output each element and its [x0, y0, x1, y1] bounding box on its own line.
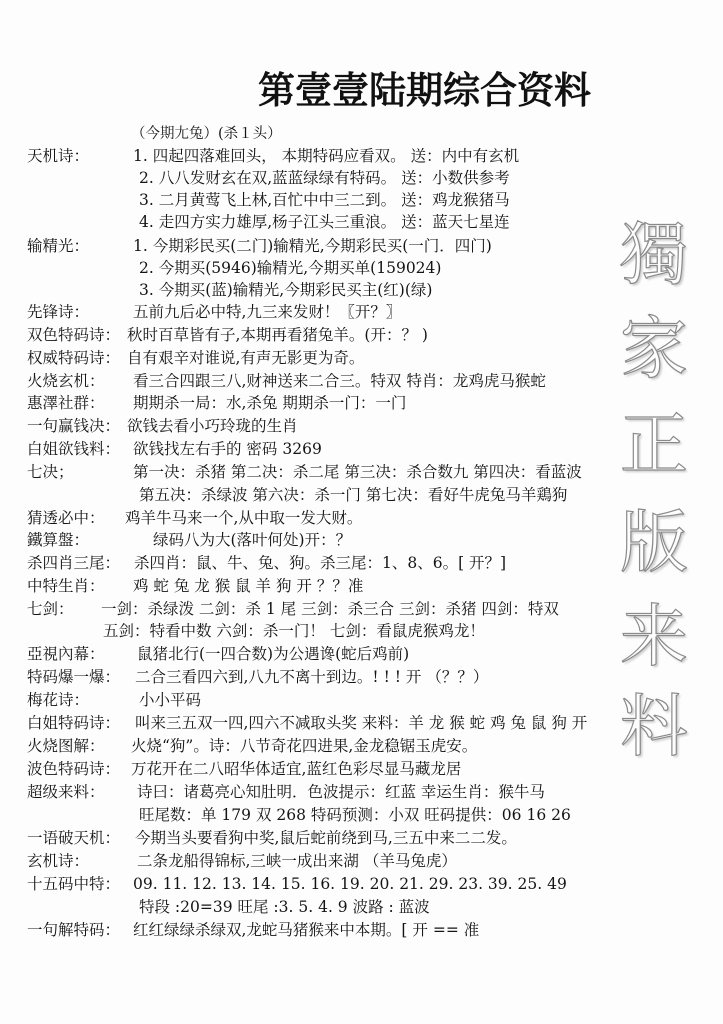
row-text: 第五决：杀绿波 第六决：杀一门 第七决：看好牛虎兔马羊鶏狗 [139, 485, 567, 505]
row-text: 旺尾数：单 179 双 268 特码预测：小双 旺码提供：06 16 26 [139, 805, 571, 825]
row-label: 七决； [27, 462, 74, 482]
watermark-char: 料 [620, 694, 688, 762]
row-label: 波色特码诗： [27, 759, 120, 779]
row-label: 七剑： [27, 599, 74, 619]
row-label: 火烧玄机： [27, 371, 105, 391]
row-label: 白姐特码诗： [27, 713, 120, 733]
row-label: 天机诗： [27, 146, 89, 166]
row-text: 期期杀一局：水,杀兔 期期杀一门：一门 [133, 393, 406, 413]
row-label: 火烧图解： [27, 736, 105, 756]
row-text: 秋时百草皆有子,本期再看猪兔羊。(开：？ ) [127, 325, 428, 345]
row-label: 权威特码诗： [27, 348, 120, 368]
row-label: 杀四肖三尾： [27, 553, 120, 573]
row-label: 一句解特码： [27, 920, 120, 940]
row-text: 诗曰：诸葛亮心知肚明．色波提示：红蓝 幸运生肖：猴牛马 [137, 782, 545, 802]
row-text: 2. 八八发财玄在双,蓝蓝绿绿有特码。 送：小数供参考 [139, 168, 510, 188]
row-text: 1. 今期彩民买(二门)输精光,今期彩民买(一门．四门) [133, 236, 492, 256]
row-label: 玄机诗： [27, 851, 89, 871]
row-text: 看三合四跟三八,财神送来二合三。特双 特肖：龙鸡虎马猴蛇 [133, 371, 546, 391]
row-label: 中特生肖： [27, 576, 105, 596]
row-text: 一剑：杀绿泼 二剑：杀 1 尾 三剑：杀三合 三剑：杀猪 四剑：特双 [101, 599, 559, 619]
row-text: 欲钱去看小巧玲珑的生肖 [127, 416, 298, 436]
row-text: 火烧“狗”。诗：八节奇花四进果,金龙稳锯玉虎安。 [131, 736, 477, 756]
row-text: 4. 走四方实力雄厚,杨子江头三重浪。 送：蓝天七星连 [139, 212, 510, 232]
watermark-char: 家 [620, 316, 688, 384]
watermark-char: 来 [620, 604, 688, 672]
row-label: 亞視內幕： [27, 644, 105, 664]
row-label: 猜透必中： [27, 508, 105, 528]
row-label: 输精光： [27, 236, 89, 256]
row-label: 白姐欲钱料： [27, 439, 120, 459]
row-text: 今期当头要看狗中奖,鼠后蛇前绕到马,三五中来二二发。 [135, 828, 517, 848]
row-label: 十五码中特： [27, 874, 120, 894]
row-text: 自有艰辛对谁说,有声无影更为奇。 [127, 348, 364, 368]
row-text: 叫来三五双一四,四六不减取头奖 来料：羊 龙 猴 蛇 鸡 兔 鼠 狗 开 [135, 713, 587, 733]
row-label: 鐵算盤： [27, 530, 89, 550]
row-text: 五前九后必中特,九三来发财！〖开？〗 [133, 302, 401, 322]
row-label: 超级来料： [27, 782, 105, 802]
row-label: 特码爆一爆： [27, 667, 120, 687]
row-text: 红红绿绿杀绿双,龙蛇马猪猴来中本期。[ 开 == 准 [133, 920, 479, 940]
row-text: 2. 今期买(5946)输精光,今期买单(159024) [139, 258, 441, 278]
row-label: 一句赢钱决： [27, 416, 120, 436]
row-text: 欲钱找左右手的 密码 3269 [133, 439, 322, 459]
row-text: 3. 二月黄莺飞上林,百忙中中三二到。 送：鸡龙猴猪马 [139, 190, 510, 210]
row-label: 先锋诗： [27, 302, 89, 322]
watermark-char: 獨 [620, 222, 688, 290]
row-text: 第一决：杀猪 第二决：杀二尾 第三决：杀合数九 第四决：看蓝波 [133, 462, 582, 482]
row-text: 杀四肖：鼠、牛、兔、狗。杀三尾：1、8、6。[ 开？] [134, 553, 506, 573]
row-text: 鸡羊牛马来一个,从中取一发大财。 [125, 508, 362, 528]
row-text: 小小平码 [139, 690, 201, 710]
row-text: 09. 11. 12. 13. 14. 15. 16. 19. 20. 21. … [133, 874, 567, 894]
watermark-char: 版 [620, 510, 688, 578]
watermark-char: 正 [620, 412, 688, 480]
row-text: 鼠猪北行(一四合数)为公遇谗(蛇后鸡前) [137, 644, 409, 664]
row-text: 万花开在二八昭华体适宜,蓝红色彩尽显马藏龙居 [131, 759, 461, 779]
row-label: 双色特码诗： [27, 325, 120, 345]
row-text: 五剑：特看中数 六剑：杀一门！ 七剑：看鼠虎猴鸡龙！ [103, 621, 485, 641]
row-label: 梅花诗： [27, 690, 89, 710]
row-text: 二合三看四六到,八九不离十到边。! ! ! 开 （？？） [135, 667, 488, 687]
row-text: 鸡 蛇 兔 龙 猴 鼠 羊 狗 开 ？？准 [133, 576, 363, 596]
page-title: 第壹壹陆期综合资料 [258, 60, 591, 114]
row-text: 3. 今期买(蓝)输精光,今期彩民买主(红)(绿) [139, 280, 432, 300]
row-label: 一语破天机： [27, 828, 120, 848]
row-text: 二条龙船得锦标,三峡一成出来湖 （羊马兔虎） [137, 851, 457, 871]
row-text: 1. 四起四落难回头， 本期特码应看双。 送：内中有玄机 [133, 146, 519, 166]
subtitle: （今期尢兔）(杀１头） [131, 124, 282, 144]
row-text: 特段 :20=39 旺尾 :3. 5. 4. 9 波路 : 蓝波 [139, 897, 430, 917]
row-label: 惠澤社群： [27, 393, 105, 413]
row-text: 绿码八为大(落叶何处)开：？ [153, 530, 351, 550]
